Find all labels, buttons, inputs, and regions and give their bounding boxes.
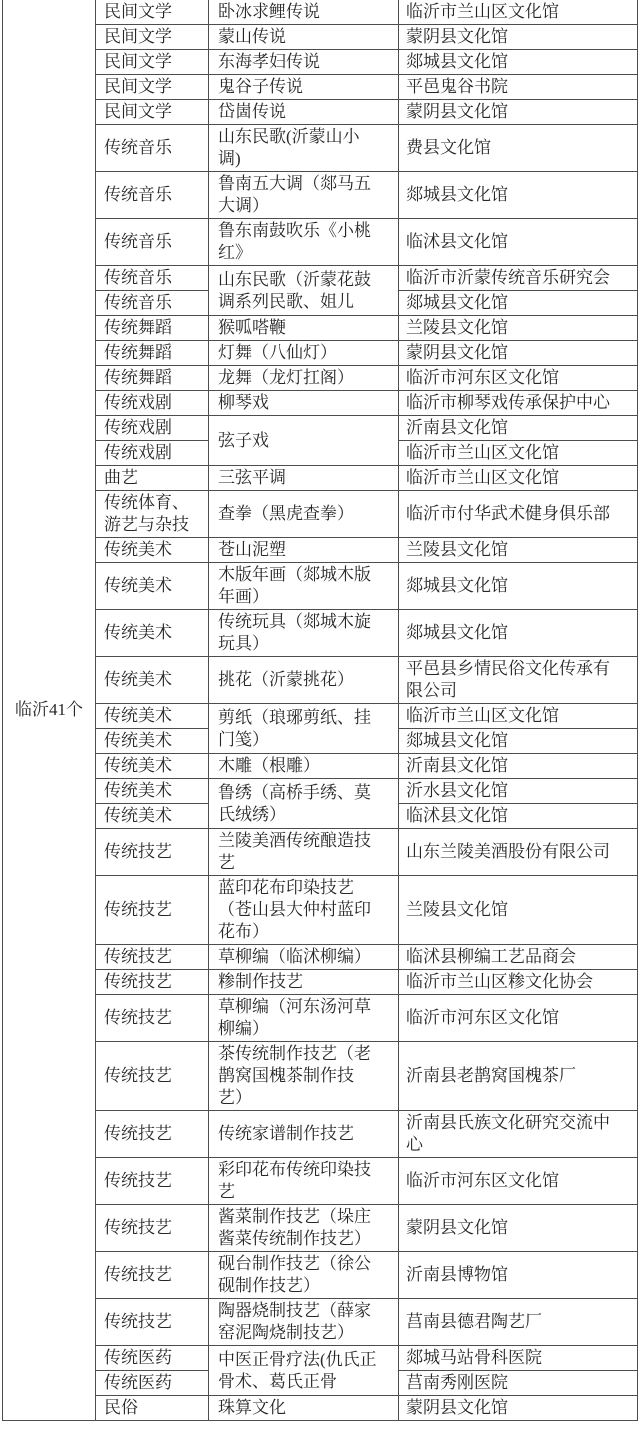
category-cell: 传统美术 xyxy=(96,538,209,563)
organization-cell: 山东兰陵美酒股份有限公司 xyxy=(399,829,638,876)
table-row: 传统美术传统玩具（郯城木旋玩具）郯城县文化馆 xyxy=(3,610,638,657)
organization-cell: 郯城马站骨科医院 xyxy=(399,1346,638,1371)
item-cell: 山东民歌(沂蒙山小调) xyxy=(209,125,399,172)
organization-cell: 沂水县文化馆 xyxy=(399,779,638,804)
item-cell: 茶传统制作技艺（老鹊窝国槐茶制作技艺） xyxy=(209,1042,399,1111)
category-cell: 民间文学 xyxy=(96,75,209,100)
table-row: 传统美术剪纸（琅琊剪纸、挂门笺）临沂市兰山区文化馆 xyxy=(3,704,638,729)
item-cell: 龙舞（龙灯扛阁） xyxy=(209,366,399,391)
item-cell: 木版年画（郯城木版年画） xyxy=(209,563,399,610)
item-cell: 中医正骨疗法(仇氏正骨术、葛氏正骨 xyxy=(209,1346,399,1396)
category-cell: 民间文学 xyxy=(96,100,209,125)
category-cell: 传统舞蹈 xyxy=(96,341,209,366)
table-row: 传统戏剧柳琴戏临沂市柳琴戏传承保护中心 xyxy=(3,391,638,416)
item-cell: 传统家谱制作技艺 xyxy=(209,1111,399,1158)
category-cell: 传统音乐 xyxy=(96,266,209,291)
category-cell: 传统音乐 xyxy=(96,219,209,266)
category-cell: 传统美术 xyxy=(96,804,209,829)
organization-cell: 郯城县文化馆 xyxy=(399,172,638,219)
category-cell: 传统医药 xyxy=(96,1371,209,1396)
item-cell: 猴呱嗒鞭 xyxy=(209,316,399,341)
category-cell: 传统技艺 xyxy=(96,1042,209,1111)
organization-cell: 蒙阴县文化馆 xyxy=(399,100,638,125)
table-row: 传统舞蹈猴呱嗒鞭兰陵县文化馆 xyxy=(3,316,638,341)
table-row: 传统美术木版年画（郯城木版年画）郯城县文化馆 xyxy=(3,563,638,610)
table-row: 民俗珠算文化蒙阴县文化馆 xyxy=(3,1396,638,1421)
organization-cell: 临沂市柳琴戏传承保护中心 xyxy=(399,391,638,416)
table-row: 民间文学鬼谷子传说平邑鬼谷书院 xyxy=(3,75,638,100)
organization-cell: 费县文化馆 xyxy=(399,125,638,172)
category-cell: 传统美术 xyxy=(96,729,209,754)
category-cell: 传统舞蹈 xyxy=(96,366,209,391)
category-cell: 民俗 xyxy=(96,1396,209,1421)
organization-cell: 临沭县文化馆 xyxy=(399,804,638,829)
category-cell: 民间文学 xyxy=(96,0,209,25)
organization-cell: 郯城县文化馆 xyxy=(399,610,638,657)
category-cell: 传统医药 xyxy=(96,1346,209,1371)
table-row: 民间文学岱崮传说蒙阴县文化馆 xyxy=(3,100,638,125)
category-cell: 传统技艺 xyxy=(96,876,209,945)
table-row: 传统技艺彩印花布传统印染技艺临沂市河东区文化馆 xyxy=(3,1158,638,1205)
organization-cell: 临沂市兰山区糁文化协会 xyxy=(399,970,638,995)
category-cell: 传统音乐 xyxy=(96,125,209,172)
table-row: 传统音乐鲁南五大调（郯马五大调）郯城县文化馆 xyxy=(3,172,638,219)
category-cell: 传统美术 xyxy=(96,779,209,804)
table-row: 传统技艺酱菜制作技艺（垛庄酱菜传统制作技艺）蒙阴县文化馆 xyxy=(3,1205,638,1252)
organization-cell: 沂南县博物馆 xyxy=(399,1252,638,1299)
document-page: 临沂41个民间文学卧冰求鲤传说临沂市兰山区文化馆民间文学蒙山传说蒙阴县文化馆民间… xyxy=(0,0,640,1431)
category-cell: 民间文学 xyxy=(96,25,209,50)
organization-cell: 临沂市河东区文化馆 xyxy=(399,1158,638,1205)
table-row: 传统舞蹈龙舞（龙灯扛阁）临沂市河东区文化馆 xyxy=(3,366,638,391)
organization-cell: 兰陵县文化馆 xyxy=(399,316,638,341)
category-cell: 传统戏剧 xyxy=(96,416,209,441)
item-cell: 剪纸（琅琊剪纸、挂门笺） xyxy=(209,704,399,754)
table-row: 传统美术苍山泥塑兰陵县文化馆 xyxy=(3,538,638,563)
item-cell: 糁制作技艺 xyxy=(209,970,399,995)
organization-cell: 临沂市河东区文化馆 xyxy=(399,995,638,1042)
item-cell: 砚台制作技艺（徐公砚制作技艺） xyxy=(209,1252,399,1299)
item-cell: 兰陵美酒传统酿造技艺 xyxy=(209,829,399,876)
organization-cell: 临沂市兰山区文化馆 xyxy=(399,466,638,491)
organization-cell: 沂南县氏族文化研究交流中心 xyxy=(399,1111,638,1158)
table-row: 民间文学蒙山传说蒙阴县文化馆 xyxy=(3,25,638,50)
category-cell: 传统戏剧 xyxy=(96,391,209,416)
item-cell: 陶器烧制技艺（薛家窑泥陶烧制技艺） xyxy=(209,1299,399,1346)
organization-cell: 莒南秀刚医院 xyxy=(399,1371,638,1396)
organization-cell: 蒙阴县文化馆 xyxy=(399,25,638,50)
item-cell: 蓝印花布印染技艺（苍山县大仲村蓝印花布） xyxy=(209,876,399,945)
heritage-table-body: 临沂41个民间文学卧冰求鲤传说临沂市兰山区文化馆民间文学蒙山传说蒙阴县文化馆民间… xyxy=(3,0,638,1421)
category-cell: 曲艺 xyxy=(96,466,209,491)
category-cell: 传统技艺 xyxy=(96,1299,209,1346)
organization-cell: 平邑县乡情民俗文化传承有限公司 xyxy=(399,657,638,704)
item-cell: 珠算文化 xyxy=(209,1396,399,1421)
table-row: 临沂41个民间文学卧冰求鲤传说临沂市兰山区文化馆 xyxy=(3,0,638,25)
item-cell: 鲁东南鼓吹乐《小桃红》 xyxy=(209,219,399,266)
table-row: 传统技艺草柳编（临沭柳编）临沭县柳编工艺品商会 xyxy=(3,945,638,970)
category-cell: 传统音乐 xyxy=(96,291,209,316)
category-cell: 传统技艺 xyxy=(96,829,209,876)
organization-cell: 沂南县文化馆 xyxy=(399,416,638,441)
table-row: 民间文学东海孝妇传说郯城县文化馆 xyxy=(3,50,638,75)
organization-cell: 郯城县文化馆 xyxy=(399,729,638,754)
item-cell: 苍山泥塑 xyxy=(209,538,399,563)
organization-cell: 临沂市兰山区文化馆 xyxy=(399,704,638,729)
category-cell: 传统技艺 xyxy=(96,1205,209,1252)
table-row: 传统舞蹈灯舞（八仙灯）蒙阴县文化馆 xyxy=(3,341,638,366)
organization-cell: 临沂市兰山区文化馆 xyxy=(399,0,638,25)
organization-cell: 临沭县柳编工艺品商会 xyxy=(399,945,638,970)
table-row: 传统技艺茶传统制作技艺（老鹊窝国槐茶制作技艺）沂南县老鹊窝国槐茶厂 xyxy=(3,1042,638,1111)
category-cell: 传统舞蹈 xyxy=(96,316,209,341)
table-row: 传统美术挑花（沂蒙挑花）平邑县乡情民俗文化传承有限公司 xyxy=(3,657,638,704)
category-cell: 传统美术 xyxy=(96,563,209,610)
category-cell: 传统戏剧 xyxy=(96,441,209,466)
table-row: 传统技艺兰陵美酒传统酿造技艺山东兰陵美酒股份有限公司 xyxy=(3,829,638,876)
organization-cell: 沂南县老鹊窝国槐茶厂 xyxy=(399,1042,638,1111)
item-cell: 草柳编（河东汤河草柳编） xyxy=(209,995,399,1042)
organization-cell: 临沂市付华武术健身俱乐部 xyxy=(399,491,638,538)
item-cell: 蒙山传说 xyxy=(209,25,399,50)
heritage-table: 临沂41个民间文学卧冰求鲤传说临沂市兰山区文化馆民间文学蒙山传说蒙阴县文化馆民间… xyxy=(2,0,638,1421)
item-cell: 鲁绣（高桥手绣、莫氏绒绣） xyxy=(209,779,399,829)
item-cell: 东海孝妇传说 xyxy=(209,50,399,75)
table-row: 传统音乐山东民歌(沂蒙山小调)费县文化馆 xyxy=(3,125,638,172)
category-cell: 传统技艺 xyxy=(96,1252,209,1299)
category-cell: 传统美术 xyxy=(96,610,209,657)
region-cell: 临沂41个 xyxy=(3,0,96,1421)
category-cell: 传统技艺 xyxy=(96,1111,209,1158)
item-cell: 鬼谷子传说 xyxy=(209,75,399,100)
item-cell: 鲁南五大调（郯马五大调） xyxy=(209,172,399,219)
item-cell: 岱崮传说 xyxy=(209,100,399,125)
category-cell: 传统技艺 xyxy=(96,970,209,995)
organization-cell: 临沭县文化馆 xyxy=(399,219,638,266)
organization-cell: 莒南县德君陶艺厂 xyxy=(399,1299,638,1346)
category-cell: 传统技艺 xyxy=(96,945,209,970)
category-cell: 传统音乐 xyxy=(96,172,209,219)
category-cell: 传统美术 xyxy=(96,657,209,704)
organization-cell: 蒙阴县文化馆 xyxy=(399,1205,638,1252)
organization-cell: 临沂市河东区文化馆 xyxy=(399,366,638,391)
table-row: 传统技艺糁制作技艺临沂市兰山区糁文化协会 xyxy=(3,970,638,995)
table-row: 传统美术鲁绣（高桥手绣、莫氏绒绣）沂水县文化馆 xyxy=(3,779,638,804)
table-row: 传统技艺砚台制作技艺（徐公砚制作技艺）沂南县博物馆 xyxy=(3,1252,638,1299)
organization-cell: 郯城县文化馆 xyxy=(399,291,638,316)
table-row: 传统音乐鲁东南鼓吹乐《小桃红》临沭县文化馆 xyxy=(3,219,638,266)
organization-cell: 沂南县文化馆 xyxy=(399,754,638,779)
table-row: 传统音乐山东民歌（沂蒙花鼓调系列民歌、姐儿临沂市沂蒙传统音乐研究会 xyxy=(3,266,638,291)
item-cell: 查拳（黑虎查拳） xyxy=(209,491,399,538)
table-row: 曲艺三弦平调临沂市兰山区文化馆 xyxy=(3,466,638,491)
organization-cell: 临沂市兰山区文化馆 xyxy=(399,441,638,466)
organization-cell: 郯城县文化馆 xyxy=(399,563,638,610)
category-cell: 传统技艺 xyxy=(96,995,209,1042)
table-row: 传统技艺传统家谱制作技艺沂南县氏族文化研究交流中心 xyxy=(3,1111,638,1158)
item-cell: 山东民歌（沂蒙花鼓调系列民歌、姐儿 xyxy=(209,266,399,316)
category-cell: 传统技艺 xyxy=(96,1158,209,1205)
table-row: 传统医药中医正骨疗法(仇氏正骨术、葛氏正骨郯城马站骨科医院 xyxy=(3,1346,638,1371)
category-cell: 传统美术 xyxy=(96,754,209,779)
item-cell: 传统玩具（郯城木旋玩具） xyxy=(209,610,399,657)
item-cell: 挑花（沂蒙挑花） xyxy=(209,657,399,704)
table-row: 传统技艺蓝印花布印染技艺（苍山县大仲村蓝印花布）兰陵县文化馆 xyxy=(3,876,638,945)
organization-cell: 兰陵县文化馆 xyxy=(399,538,638,563)
organization-cell: 平邑鬼谷书院 xyxy=(399,75,638,100)
item-cell: 卧冰求鲤传说 xyxy=(209,0,399,25)
item-cell: 三弦平调 xyxy=(209,466,399,491)
item-cell: 彩印花布传统印染技艺 xyxy=(209,1158,399,1205)
table-row: 传统戏剧弦子戏沂南县文化馆 xyxy=(3,416,638,441)
organization-cell: 临沂市沂蒙传统音乐研究会 xyxy=(399,266,638,291)
organization-cell: 蒙阴县文化馆 xyxy=(399,341,638,366)
item-cell: 柳琴戏 xyxy=(209,391,399,416)
organization-cell: 兰陵县文化馆 xyxy=(399,876,638,945)
table-row: 传统技艺草柳编（河东汤河草柳编）临沂市河东区文化馆 xyxy=(3,995,638,1042)
table-row: 传统美术木雕（根雕）沂南县文化馆 xyxy=(3,754,638,779)
organization-cell: 蒙阴县文化馆 xyxy=(399,1396,638,1421)
item-cell: 木雕（根雕） xyxy=(209,754,399,779)
item-cell: 弦子戏 xyxy=(209,416,399,466)
category-cell: 传统体育、游艺与杂技 xyxy=(96,491,209,538)
table-row: 传统技艺陶器烧制技艺（薛家窑泥陶烧制技艺）莒南县德君陶艺厂 xyxy=(3,1299,638,1346)
item-cell: 灯舞（八仙灯） xyxy=(209,341,399,366)
table-row: 传统体育、游艺与杂技查拳（黑虎查拳）临沂市付华武术健身俱乐部 xyxy=(3,491,638,538)
item-cell: 草柳编（临沭柳编） xyxy=(209,945,399,970)
category-cell: 民间文学 xyxy=(96,50,209,75)
item-cell: 酱菜制作技艺（垛庄酱菜传统制作技艺） xyxy=(209,1205,399,1252)
organization-cell: 郯城县文化馆 xyxy=(399,50,638,75)
category-cell: 传统美术 xyxy=(96,704,209,729)
